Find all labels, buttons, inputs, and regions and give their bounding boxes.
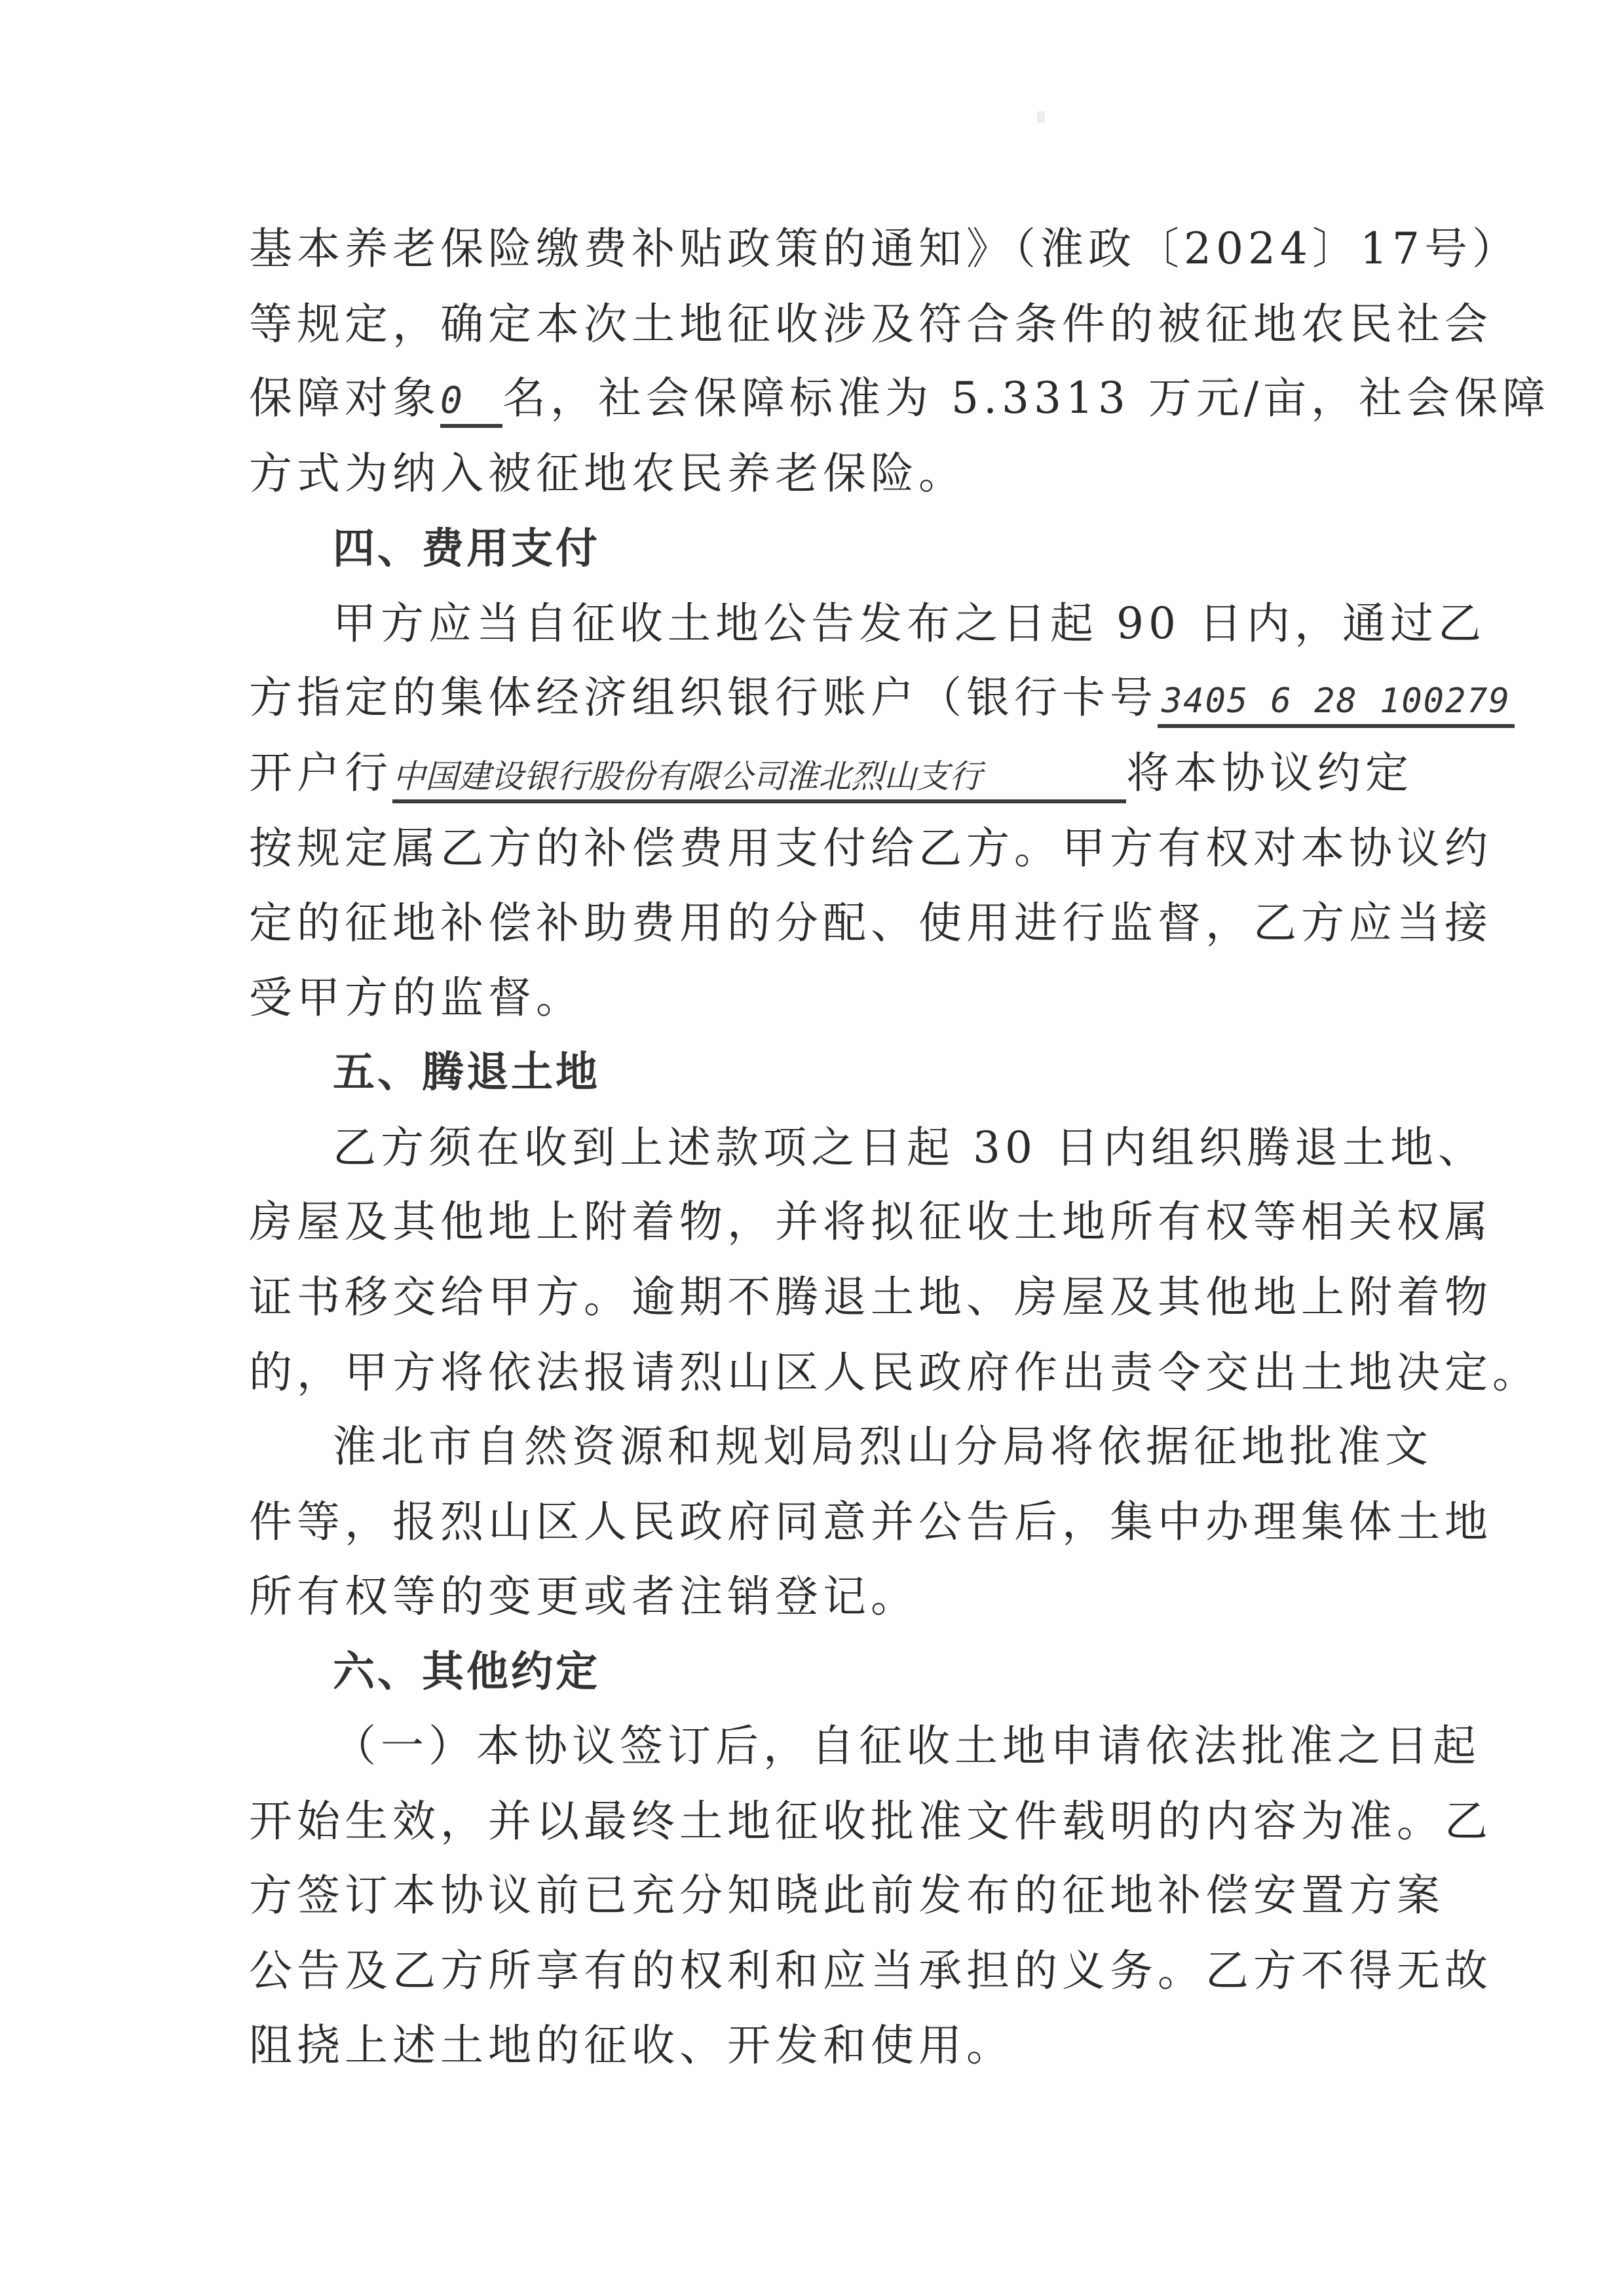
section-heading-payment: 四、费用支付 xyxy=(333,520,600,579)
body-line: 按规定属乙方的补偿费用支付给乙方。甲方有权对本协议约 xyxy=(249,819,1389,878)
body-text: 方指定的集体经济组织银行账户（银行卡号 xyxy=(249,672,1158,723)
body-line: 等规定，确定本次土地征收涉及符合条件的被征地农民社会 xyxy=(249,295,1389,354)
body-line-social-security: 保障对象0名，社会保障标准为 5.3313 万元/亩，社会保障 xyxy=(249,369,1389,428)
body-line: 证书移交给甲方。逾期不腾退土地、房屋及其他地上附着物 xyxy=(249,1268,1389,1327)
body-text: 保障对象 xyxy=(249,373,440,423)
body-line: 房屋及其他地上附着物，并将拟征收土地所有权等相关权属 xyxy=(249,1193,1389,1252)
body-line: 公告及乙方所享有的权利和应当承担的义务。乙方不得无故 xyxy=(249,1942,1389,2000)
handwritten-count-field[interactable]: 0 xyxy=(440,378,502,428)
body-line: 件等，报烈山区人民政府同意并公告后，集中办理集体土地 xyxy=(249,1493,1389,1552)
body-line: 受甲方的监督。 xyxy=(249,968,1389,1027)
document-page: 基本养老保险缴费补贴政策的通知》（淮政〔2024〕17号） 等规定，确定本次土地… xyxy=(0,0,1624,2296)
section-heading-vacate-land: 五、腾退土地 xyxy=(333,1043,600,1102)
body-line: 的，甲方将依法报请烈山区人民政府作出责令交出土地决定。 xyxy=(249,1343,1389,1402)
body-line-bank-branch: 开户行中国建设银行股份有限公司淮北烈山支行将本协议约定 xyxy=(249,744,1389,803)
body-line: 乙方须在收到上述款项之日起 30 日内组织腾退土地、 xyxy=(333,1119,1389,1177)
handwritten-bank-card-field[interactable]: 3405 6 28 100279 xyxy=(1158,678,1515,728)
scan-artifact xyxy=(1037,111,1045,123)
body-text: 名，社会保障标准为 5.3313 万元/亩，社会保障 xyxy=(502,373,1550,423)
section-heading-other-terms: 六、其他约定 xyxy=(333,1643,600,1702)
body-line: 淮北市自然资源和规划局烈山分局将依据征地批准文 xyxy=(333,1417,1389,1476)
body-line: 甲方应当自征收土地公告发布之日起 90 日内，通过乙 xyxy=(333,594,1389,653)
body-line: （一）本协议签订后，自征收土地申请依法批准之日起 xyxy=(333,1717,1389,1776)
body-line: 方签订本协议前已充分知晓此前发布的征地补偿安置方案 xyxy=(249,1866,1389,1925)
body-line: 所有权等的变更或者注销登记。 xyxy=(249,1567,1389,1626)
body-text: 将本协议约定 xyxy=(1126,748,1413,798)
body-line: 定的征地补偿补助费用的分配、使用进行监督，乙方应当接 xyxy=(249,894,1389,953)
handwritten-bank-branch-field[interactable]: 中国建设银行股份有限公司淮北烈山支行 xyxy=(392,754,1126,803)
body-line: 阻挠上述土地的征收、开发和使用。 xyxy=(249,2016,1389,2075)
body-text: 开户行 xyxy=(249,748,392,798)
body-line: 基本养老保险缴费补贴政策的通知》（淮政〔2024〕17号） xyxy=(249,220,1389,278)
body-line: 方式为纳入被征地农民养老保险。 xyxy=(249,444,1389,503)
body-line-bank-card: 方指定的集体经济组织银行账户（银行卡号3405 6 28 100279 xyxy=(249,668,1389,727)
body-line: 开始生效，并以最终土地征收批准文件载明的内容为准。乙 xyxy=(249,1792,1389,1851)
